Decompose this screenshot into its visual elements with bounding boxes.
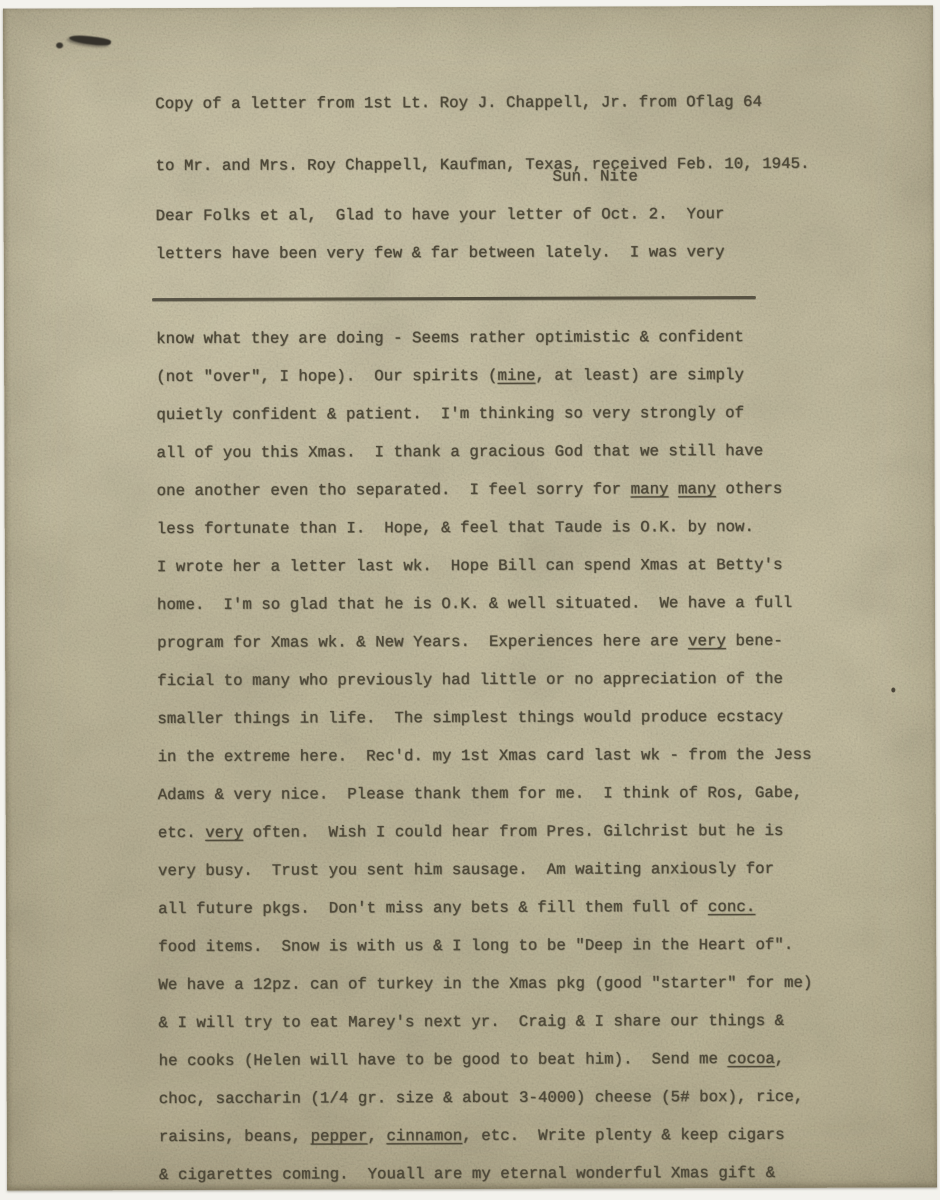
letter-line: food items. Snow is with us & I long to … bbox=[158, 926, 812, 966]
text-segment: , bbox=[775, 1050, 785, 1068]
text-segment: choc, saccharin (1/4 gr. size & about 3-… bbox=[159, 1088, 804, 1108]
letter-body: know what they are doing - Seems rather … bbox=[156, 318, 813, 1191]
underlined-text-segment: mine bbox=[497, 367, 535, 385]
text-segment: etc. bbox=[158, 824, 205, 842]
text-segment: home. I'm so glad that he is O.K. & well… bbox=[157, 594, 792, 614]
letter-line: know what they are doing - Seems rather … bbox=[156, 318, 810, 358]
letter-line: Dear Folks et al, Glad to have your lett… bbox=[156, 195, 725, 235]
text-segment: all of you this Xmas. I thank a gracious… bbox=[156, 442, 763, 462]
letter-line: & I will try to eat Marey's next yr. Cra… bbox=[158, 1002, 812, 1042]
underlined-text-segment: pepper bbox=[311, 1127, 368, 1145]
letter-line: home. I'm so glad that he is O.K. & well… bbox=[157, 584, 811, 624]
letter-line: all future pkgs. Don't miss any bets & f… bbox=[158, 888, 812, 928]
text-segment: others bbox=[716, 480, 782, 498]
text-segment: & I will try to eat Marey's next yr. Cra… bbox=[158, 1012, 784, 1032]
text-segment: bene- bbox=[726, 632, 783, 650]
text-segment: , etc. Write plenty & keep cigars bbox=[462, 1126, 784, 1145]
text-segment: raisins, beans, bbox=[159, 1128, 311, 1147]
letter-line: he cooks (Helen will have to be good to … bbox=[159, 1040, 813, 1080]
dateline: Sun. Nite bbox=[552, 166, 637, 186]
text-segment: , at least) are simply bbox=[535, 366, 744, 385]
underlined-text-segment: many bbox=[631, 480, 669, 498]
letter-line: etc. very often. Wish I could hear from … bbox=[158, 812, 812, 852]
text-segment: , bbox=[367, 1127, 386, 1145]
underlined-text-segment: cocoa bbox=[727, 1050, 774, 1068]
text-segment: ficial to many who previously had little… bbox=[157, 670, 783, 690]
text-segment: Dear Folks et al, Glad to have your lett… bbox=[156, 205, 725, 225]
text-segment: he cooks (Helen will have to be good to … bbox=[159, 1050, 728, 1070]
letter-line: quietly confident & patient. I'm thinkin… bbox=[156, 394, 810, 434]
ink-smudge-mark bbox=[69, 34, 112, 47]
ink-smudge-dot bbox=[56, 42, 63, 48]
letter-line: ficial to many who previously had little… bbox=[157, 660, 811, 700]
underlined-text-segment: very bbox=[205, 824, 243, 842]
letter-line: all of you this Xmas. I thank a gracious… bbox=[156, 432, 810, 472]
text-segment: one another even tho separated. I feel s… bbox=[157, 480, 631, 500]
text-segment: Adams & very nice. Please thank them for… bbox=[158, 784, 803, 804]
letter-line: (not "over", I hope). Our spirits (mine,… bbox=[156, 356, 810, 396]
underlined-text-segment: very bbox=[688, 632, 726, 650]
copy-note-line2: to Mr. and Mrs. Roy Chappell, Kaufman, T… bbox=[155, 153, 809, 176]
letter-line: Adams & very nice. Please thank them for… bbox=[158, 774, 812, 814]
text-segment: in the extreme here. Rec'd. my 1st Xmas … bbox=[158, 746, 812, 766]
text-segment: know what they are doing - Seems rather … bbox=[156, 328, 744, 348]
text-segment: all future pkgs. Don't miss any bets & f… bbox=[158, 898, 708, 918]
paper-speck bbox=[891, 688, 895, 693]
letter-line: raisins, beans, pepper, cinnamon, etc. W… bbox=[159, 1116, 813, 1156]
text-segment: program for Xmas wk. & New Years. Experi… bbox=[157, 632, 688, 652]
letter-line: very busy. Trust you sent him sausage. A… bbox=[158, 850, 812, 890]
text-segment: letters have been very few & far between… bbox=[156, 243, 725, 263]
letter-line: letters have been very few & far between… bbox=[156, 233, 725, 273]
salutation-paragraph: Dear Folks et al, Glad to have your lett… bbox=[156, 195, 725, 273]
letter-line: smaller things in life. The simplest thi… bbox=[157, 698, 811, 738]
underlined-text-segment: many bbox=[678, 480, 716, 498]
letter-line: We have a 12pz. can of turkey in the Xma… bbox=[158, 964, 812, 1004]
copy-note: Copy of a letter from 1st Lt. Roy J. Cha… bbox=[155, 51, 810, 217]
text-segment: I wrote her a letter last wk. Hope Bill … bbox=[157, 556, 783, 576]
text-segment: quietly confident & patient. I'm thinkin… bbox=[156, 404, 744, 424]
scanned-letter-page: { "document": { "colors": { "paper": "#c… bbox=[0, 0, 940, 1200]
underlined-text-segment: cinnamon bbox=[386, 1127, 462, 1145]
letter-line: in the extreme here. Rec'd. my 1st Xmas … bbox=[157, 736, 811, 776]
underlined-text-segment: conc. bbox=[708, 898, 755, 916]
text-segment: We have a 12pz. can of turkey in the Xma… bbox=[158, 974, 812, 994]
text-segment: & cigarettes coming. Youall are my etern… bbox=[159, 1164, 775, 1184]
text-segment: less fortunate than I. Hope, & feel that… bbox=[157, 518, 754, 538]
redaction-divider-line bbox=[152, 296, 756, 301]
letter-line: program for Xmas wk. & New Years. Experi… bbox=[157, 622, 811, 662]
text-segment: food items. Snow is with us & I long to … bbox=[158, 936, 793, 956]
text-segment: very busy. Trust you sent him sausage. A… bbox=[158, 860, 774, 880]
text-segment: smaller things in life. The simplest thi… bbox=[157, 708, 783, 728]
letter-line: I wrote her a letter last wk. Hope Bill … bbox=[157, 546, 811, 586]
letter-line: less fortunate than I. Hope, & feel that… bbox=[157, 508, 811, 548]
letter-line: choc, saccharin (1/4 gr. size & about 3-… bbox=[159, 1078, 813, 1118]
text-segment: (not "over", I hope). Our spirits ( bbox=[156, 367, 497, 386]
text-segment: often. Wish I could hear from Pres. Gilc… bbox=[243, 822, 783, 842]
letter-paper: Copy of a letter from 1st Lt. Roy J. Cha… bbox=[3, 5, 937, 1190]
copy-note-line1: Copy of a letter from 1st Lt. Roy J. Cha… bbox=[155, 92, 809, 115]
letter-line: one another even tho separated. I feel s… bbox=[157, 470, 811, 510]
letter-line: & cigarettes coming. Youall are my etern… bbox=[159, 1154, 813, 1191]
